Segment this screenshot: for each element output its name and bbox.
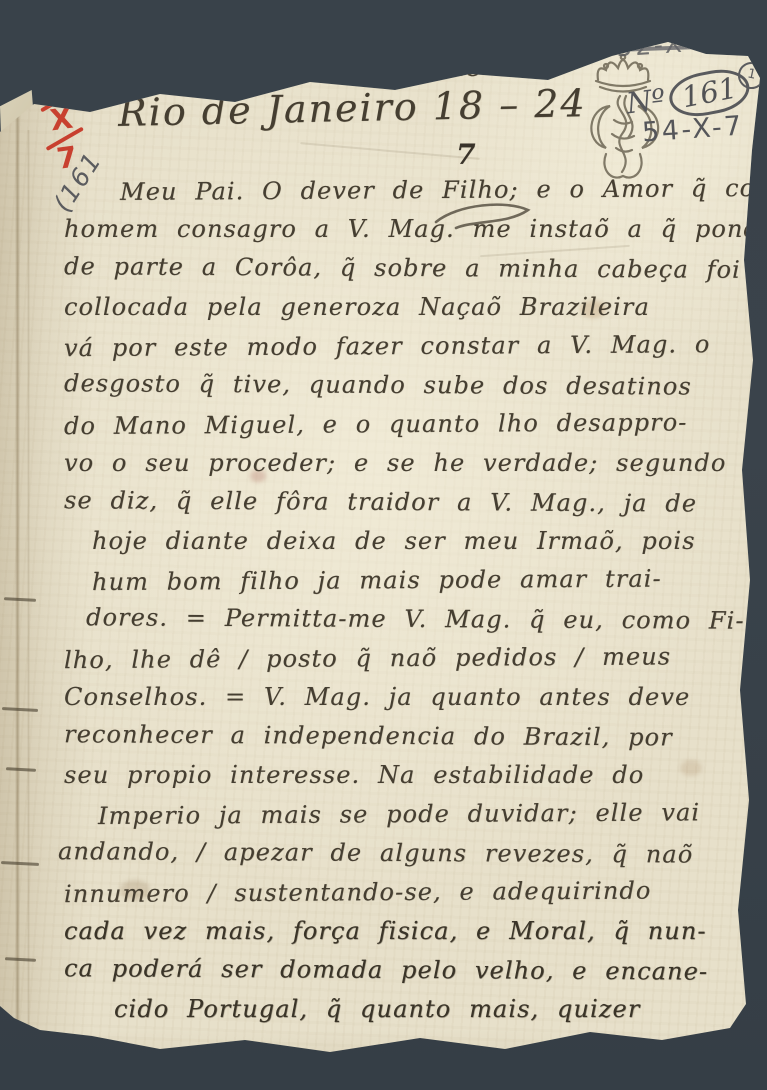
- crossed-out-archive-code: 52-X-5: [615, 27, 715, 63]
- letter-line: cido Portugal, q̃ quanto mais, quizer: [114, 995, 753, 1034]
- letter-line: seu propio interesse. Na estabilidade do: [64, 761, 753, 800]
- letter-line: desgosto q̃ tive, quando sube dos desati…: [64, 369, 753, 412]
- letter-line: cada vez mais, força fisica, e Moral, q̃…: [64, 917, 753, 956]
- stitch-mark: [4, 597, 36, 602]
- letter-line: Meu Pai. O dever de Filho; e o Amor q̃ c…: [120, 174, 753, 217]
- letter-line: ca poderá ser domada pelo velho, e encan…: [64, 954, 753, 997]
- manuscript-scan: 54 X 7 (161 15 Rio de Janeiro 18 – 24 7: [0, 0, 767, 1090]
- binding-crease-secondary: [27, 130, 30, 1030]
- stitch-mark: [2, 707, 38, 712]
- letter-line: andando, / apezar de alguns revezes, q̃ …: [58, 837, 753, 880]
- letter-line: dores. = Permitta-me V. Mag. q̃ eu, como…: [86, 603, 753, 645]
- letter-line: hum bom filho ja mais pode amar trai-: [92, 564, 753, 607]
- number-prefix: Nº: [624, 81, 667, 120]
- letter-body: Meu Pai. O dever de Filho; e o Amor q̃ c…: [64, 176, 753, 1034]
- letter-line: se diz, q̃ elle fôra traidor a V. Mag., …: [64, 486, 753, 529]
- letter-line: vo o seu proceder; e se he verdade; segu…: [64, 449, 753, 488]
- date-month-correction: 7: [456, 138, 475, 171]
- letter-line: Imperio ja mais se pode duvidar; elle va…: [98, 798, 753, 841]
- letter-line: hoje diante deixa de ser meu Irmaõ, pois: [92, 527, 753, 566]
- letter-line: de parte a Corôa, q̃ sobre a minha cabeç…: [64, 252, 753, 295]
- letter-line: vá por este modo fazer constar a V. Mag.…: [64, 330, 753, 373]
- ink-showthrough: [161, 53, 380, 82]
- stitch-mark: [5, 957, 36, 962]
- stitch-mark: [6, 767, 36, 772]
- letter-line: collocada pela generoza Naçaõ Brazileira: [64, 293, 753, 332]
- binding-crease: [15, 112, 20, 1038]
- letter-line: homem consagro a V. Mag. me instaõ a q̃ …: [64, 215, 753, 254]
- ink-showthrough: [300, 142, 479, 160]
- letter-line: Conselhos. = V. Mag. ja quanto antes dev…: [64, 683, 753, 722]
- red-class-top: 54: [27, 63, 86, 100]
- letter-line: lho, lhe dê / posto q̃ naõ pedidos / meu…: [64, 642, 753, 685]
- red-class-middle: X: [32, 101, 91, 138]
- dateline: Rio de Janeiro 18 – 24: [118, 81, 587, 135]
- date-day-correction: 15: [452, 54, 483, 82]
- letter-page: 54 X 7 (161 15 Rio de Janeiro 18 – 24 7: [0, 0, 767, 1090]
- archive-code: 54-X-7: [641, 110, 745, 148]
- letter-line: reconhecer a independencia do Brazil, po…: [64, 720, 753, 763]
- letter-line: innumero / sustentando-se, e adequirindo: [64, 876, 753, 919]
- letter-line: do Mano Miguel, e o quanto lho desappro-: [64, 408, 753, 451]
